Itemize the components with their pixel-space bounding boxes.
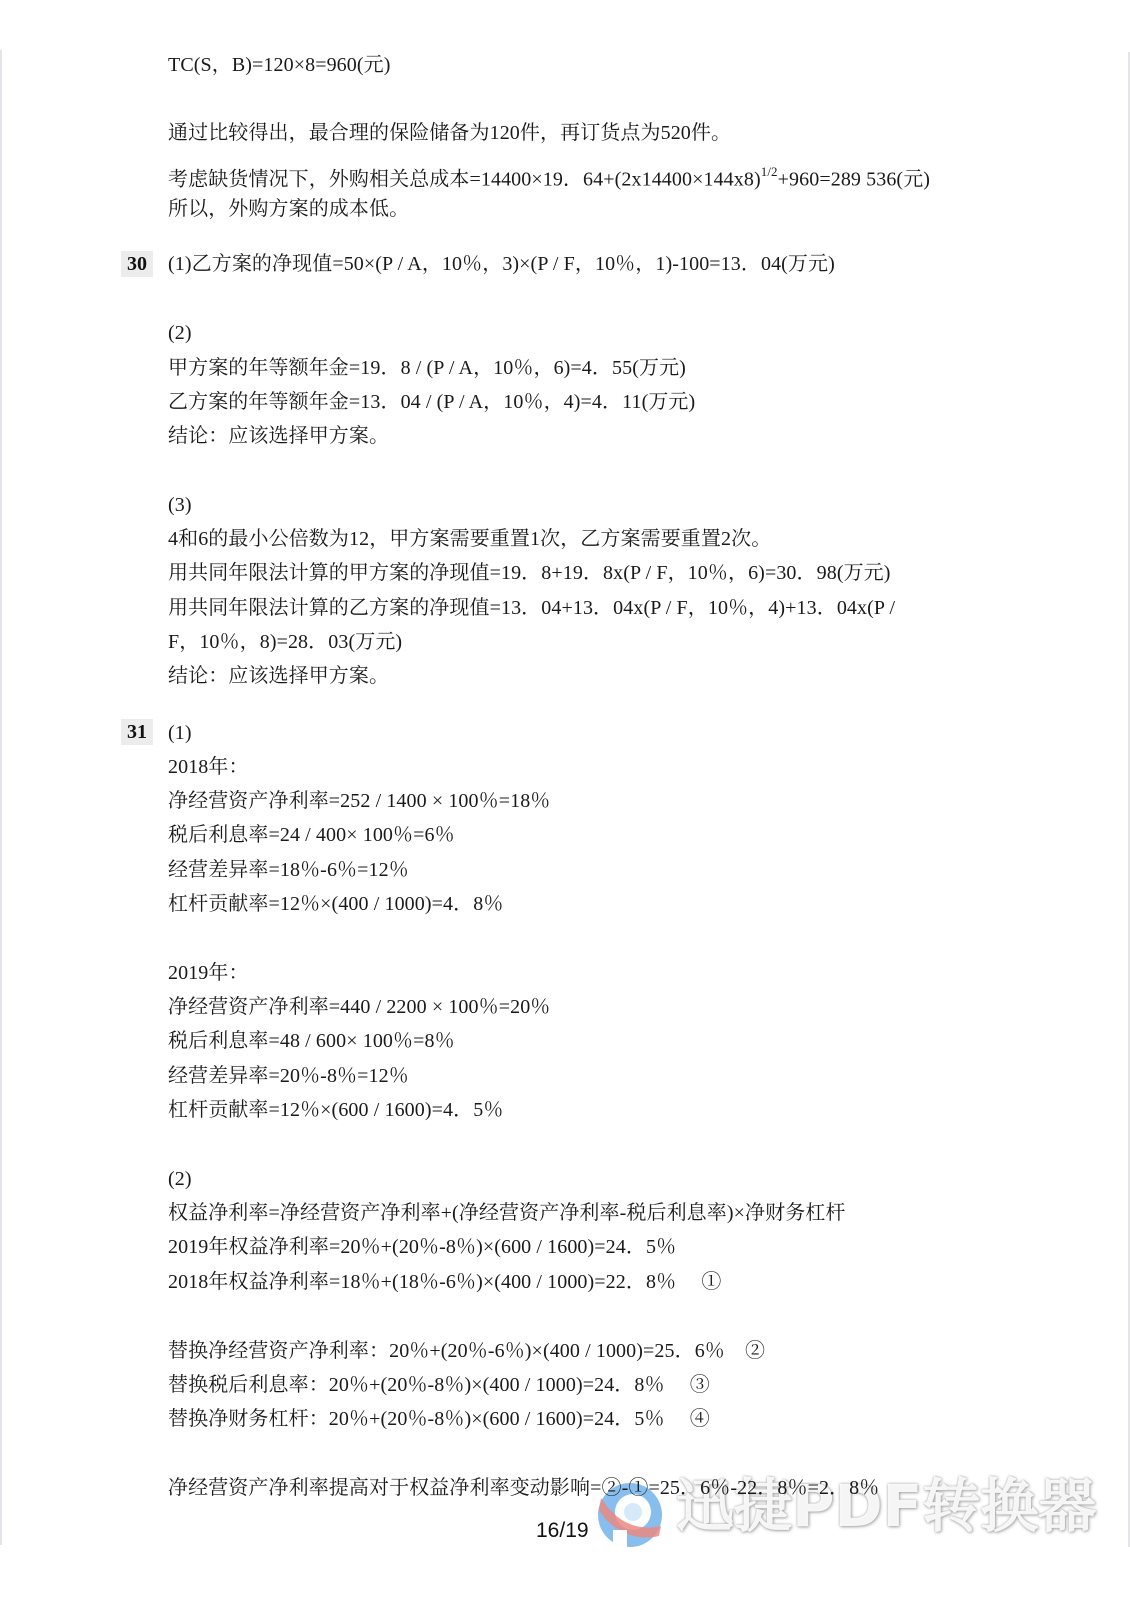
total-cost-formula: 考虑缺货情况下，外购相关总成本=14400×19．64+(2x14400×144…	[168, 169, 761, 191]
q30-part2-conclusion: 结论：应该选择甲方案。	[168, 423, 389, 449]
exponent: 1/2	[761, 164, 778, 179]
q31-substitution-line: 替换净财务杠杆：20％+(20％-8％)×(600 / 1600)=24．5％ …	[168, 1406, 710, 1432]
question-number-30: 30	[121, 251, 153, 277]
q31-part1-label: (1)	[168, 720, 192, 746]
conclusion-line: 所以，外购方案的成本低。	[168, 196, 409, 222]
q30-part3-conclusion: 结论：应该选择甲方案。	[168, 663, 389, 689]
q31-part2-formula: 权益净利率=净经营资产净利率+(净经营资产净利率-税后利息率)×净财务杠杆	[168, 1200, 846, 1226]
tc-line: TC(S，B)=120×8=960(元)	[168, 52, 391, 78]
q31-2018-line: 杠杆贡献率=12％×(400 / 1000)=4．8％	[168, 891, 503, 917]
q30-part1: (1)乙方案的净现值=50×(P / A，10％，3)×(P / F，10％，1…	[168, 251, 835, 277]
q30-part3-label: (3)	[168, 492, 192, 518]
q30-part2-label: (2)	[168, 320, 192, 346]
comparison-line: 通过比较得出，最合理的保险储备为120件，再订货点为520件。	[168, 120, 731, 146]
page-number: 16/19	[536, 1518, 589, 1544]
q31-2019-line: 杠杆贡献率=12％×(600 / 1600)=4．5％	[168, 1097, 503, 1123]
q31-impact-line: 净经营资产净利率提高对于权益净利率变动影响=②-①=25．6％-22．8％=2．…	[168, 1475, 879, 1501]
q31-2018-heading: 2018年：	[168, 754, 249, 780]
q31-substitution-line: 替换净经营资产净利率：20％+(20％-6％)×(400 / 1000)=25．…	[168, 1338, 765, 1364]
q30-part2-line: 乙方案的年等额年金=13．04 / (P / A，10％，4)=4．11(万元)	[168, 389, 695, 415]
q31-part2-formula: 2019年权益净利率=20％+(20％-8％)×(600 / 1600)=24．…	[168, 1234, 676, 1260]
q30-part3-line: 用共同年限法计算的乙方案的净现值=13．04+13．04x(P / F，10％，…	[168, 595, 895, 621]
total-cost-result: +960=289 536(元)	[778, 169, 930, 191]
q30-part2-line: 甲方案的年等额年金=19．8 / (P / A，10％，6)=4．55(万元)	[168, 355, 686, 381]
q31-2019-line: 净经营资产净利率=440 / 2200 × 100％=20％	[168, 994, 550, 1020]
q31-substitution-line: 替换税后利息率：20％+(20％-8％)×(400 / 1000)=24．8％ …	[168, 1372, 710, 1398]
q31-part2-label: (2)	[168, 1166, 192, 1192]
q30-part3-line: 用共同年限法计算的甲方案的净现值=19．8+19．8x(P / F，10％，6)…	[168, 560, 891, 586]
q31-2018-line: 净经营资产净利率=252 / 1400 × 100％=18％	[168, 788, 550, 814]
q31-2018-line: 经营差异率=18％-6％=12％	[168, 857, 409, 883]
q31-2019-line: 税后利息率=48 / 600× 100％=8％	[168, 1028, 455, 1054]
q30-part3-line: 4和6的最小公倍数为12，甲方案需要重置1次，乙方案需要重置2次。	[168, 526, 771, 552]
q30-part3-line: F，10％，8)=28．03(万元)	[168, 629, 402, 655]
total-cost-line: 考虑缺货情况下，外购相关总成本=14400×19．64+(2x14400×144…	[168, 161, 930, 193]
q31-2019-line: 经营差异率=20％-8％=12％	[168, 1063, 409, 1089]
question-number-31: 31	[121, 719, 153, 745]
page-edge-left	[0, 50, 2, 1545]
q31-2019-heading: 2019年：	[168, 960, 249, 986]
q31-2018-line: 税后利息率=24 / 400× 100％=6％	[168, 822, 455, 848]
q31-part2-formula: 2018年权益净利率=18％+(18％-6％)×(400 / 1000)=22．…	[168, 1269, 721, 1295]
